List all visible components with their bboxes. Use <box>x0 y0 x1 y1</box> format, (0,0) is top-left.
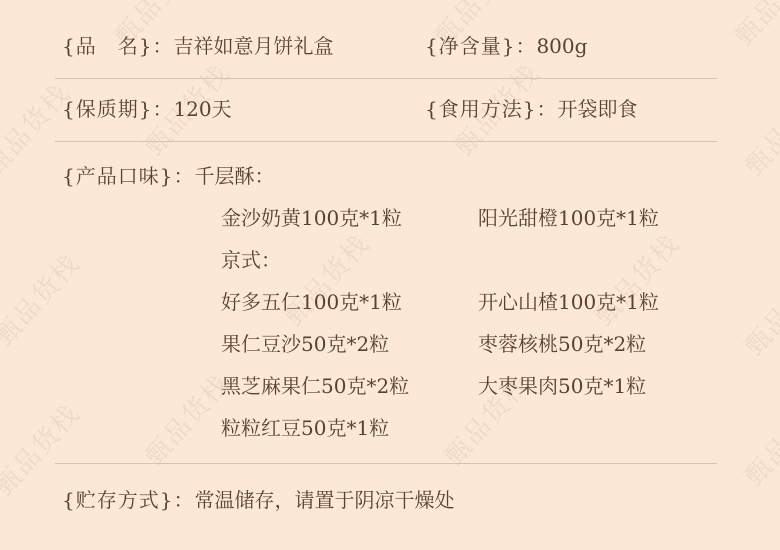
flavor-item: 黑芝麻果仁50克*2粒 <box>221 372 409 400</box>
flavor-item: 阳光甜橙100克*1粒 <box>478 204 659 232</box>
usage-row: {食用方法}：开袋即食 <box>425 95 637 123</box>
usage-value: 开袋即食 <box>557 97 637 121</box>
net-weight-row: {净含量}：800g <box>425 32 587 60</box>
flavor-item: 开心山楂100克*1粒 <box>478 288 659 316</box>
flavor-item: 果仁豆沙50克*2粒 <box>221 330 389 358</box>
flavor-item: 枣蓉核桃50克*2粒 <box>478 330 646 358</box>
product-spec-sheet: {品 名}：吉祥如意月饼礼盒 {净含量}：800g {保质期}：120天 {食用… <box>0 0 780 550</box>
net-weight-value: 800g <box>536 34 587 58</box>
storage-value: 常温储存，请置于阴凉干燥处 <box>194 488 454 512</box>
shelf-life-value: 120天 <box>173 97 231 121</box>
divider <box>55 463 717 464</box>
storage-row: {贮存方式}：常温储存，请置于阴凉干燥处 <box>62 486 454 514</box>
flavor-item: 粒粒红豆50克*1粒 <box>221 414 389 442</box>
net-weight-label: {净含量}： <box>425 34 536 58</box>
shelf-life-label: {保质期}： <box>62 97 173 121</box>
flavor-item: 金沙奶黄100克*1粒 <box>221 204 402 232</box>
divider <box>55 141 717 142</box>
flavor-item: 大枣果肉50克*1粒 <box>478 372 646 400</box>
flavor-group-title: 京式： <box>221 246 281 274</box>
shelf-life-row: {保质期}：120天 <box>62 95 232 123</box>
product-name-row: {品 名}：吉祥如意月饼礼盒 <box>62 32 333 60</box>
storage-label: {贮存方式}： <box>62 488 194 512</box>
flavor-group-title: 千层酥： <box>194 164 274 188</box>
flavor-label: {产品口味}： <box>62 164 194 188</box>
product-name-label: {品 名}： <box>62 34 173 58</box>
divider <box>55 78 717 79</box>
product-name-value: 吉祥如意月饼礼盒 <box>173 34 333 58</box>
flavor-item: 好多五仁100克*1粒 <box>221 288 402 316</box>
usage-label: {食用方法}： <box>425 97 557 121</box>
flavor-row: {产品口味}：千层酥： <box>62 162 274 190</box>
